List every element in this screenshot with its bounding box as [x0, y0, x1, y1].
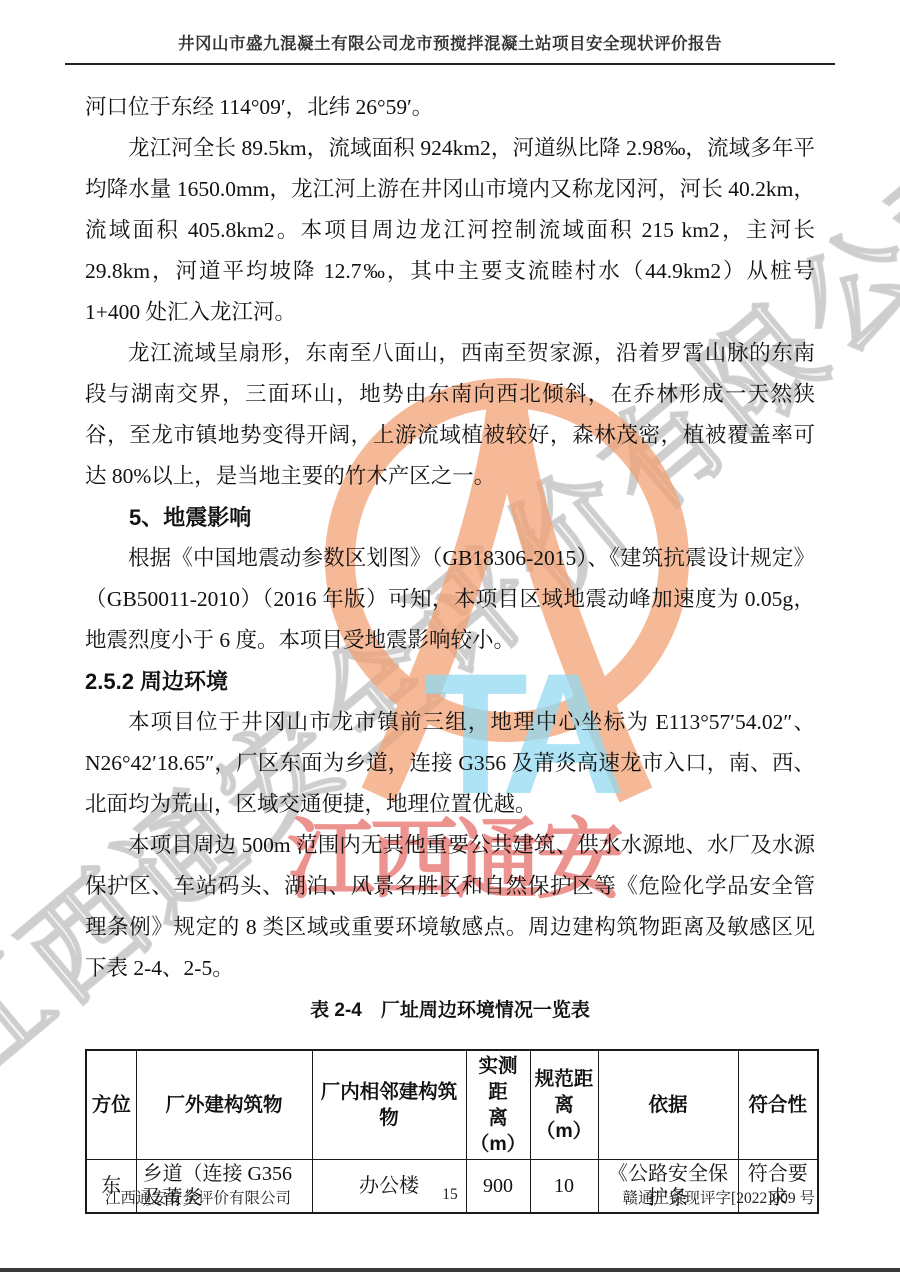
page-header: 井冈山市盛九混凝土有限公司龙市预搅拌混凝土站项目安全现状评价报告	[65, 30, 835, 65]
heading-seismic-influence: 5、地震影响	[85, 497, 815, 538]
footer-document-number: 赣通工贸现评字[2022]009 号	[623, 1186, 815, 1208]
table-2-4-caption: 表 2-4 厂址周边环境情况一览表	[85, 997, 815, 1025]
document-page: 江西通安全评价有限公司 TA 江西通安 井冈山市盛九混凝土有限公司龙市预搅拌混凝…	[0, 0, 900, 1272]
col-header-standard-distance: 规范距离 （m）	[530, 1050, 598, 1160]
col-header-basis: 依据	[598, 1050, 738, 1160]
page-content: 井冈山市盛九混凝土有限公司龙市预搅拌混凝土站项目安全现状评价报告 河口位于东经 …	[0, 30, 900, 1214]
paragraph-sensitive-areas: 本项目周边 500m 范围内无其他重要公共建筑、供水水源地、水厂及水源保护区、车…	[85, 825, 815, 989]
paragraph-basin-terrain: 龙江流域呈扇形，东南至八面山，西南至贺家源，沿着罗霄山脉的东南段与湖南交界，三面…	[85, 333, 815, 497]
paragraph-seismic: 根据《中国地震动参数区划图》（GB18306-2015）、《建筑抗震设计规定》（…	[85, 538, 815, 661]
col-header-direction: 方位	[86, 1050, 136, 1160]
col-header-measured-distance: 实测距 离（m）	[466, 1050, 530, 1160]
col-header-compliance: 符合性	[738, 1050, 818, 1160]
paragraph-river-mouth: 河口位于东经 114°09′，北纬 26°59′。	[85, 87, 815, 128]
heading-surrounding-environment: 2.5.2 周边环境	[85, 661, 815, 702]
table-header-row: 方位 厂外建构筑物 厂内相邻建构筑物 实测距 离（m） 规范距离 （m） 依据 …	[86, 1050, 818, 1160]
report-title: 井冈山市盛九混凝土有限公司龙市预搅拌混凝土站项目安全现状评价报告	[65, 30, 835, 54]
paragraph-longjiang-river: 龙江河全长 89.5km，流域面积 924km2，河道纵比降 2.98‰，流域多…	[85, 128, 815, 333]
col-header-adjacent-structures: 厂内相邻建构筑物	[312, 1050, 466, 1160]
body-text: 河口位于东经 114°09′，北纬 26°59′。 龙江河全长 89.5km，流…	[85, 87, 815, 1214]
paragraph-project-location: 本项目位于井冈山市龙市镇前三组，地理中心坐标为 E113°57′54.02″、N…	[85, 702, 815, 825]
col-header-outside-structures: 厂外建构筑物	[136, 1050, 312, 1160]
